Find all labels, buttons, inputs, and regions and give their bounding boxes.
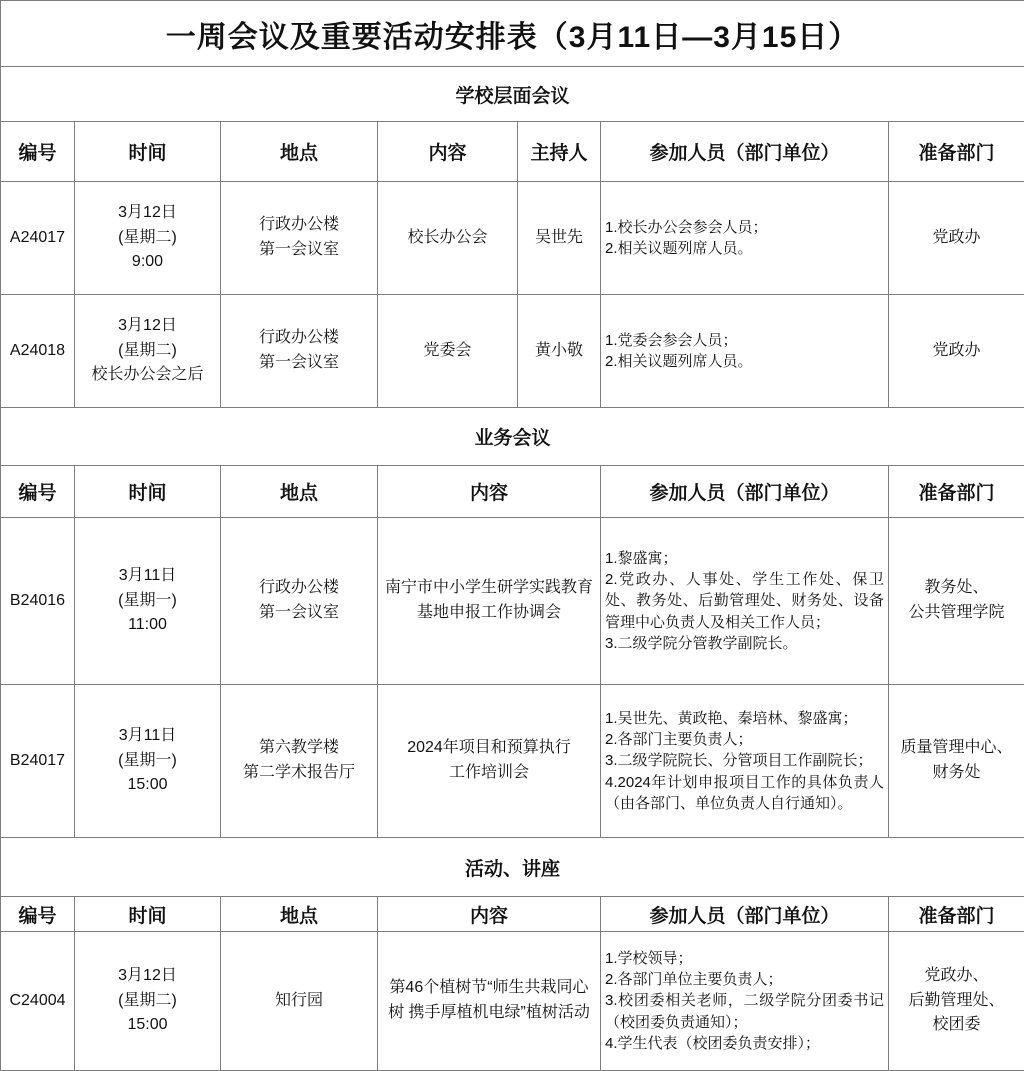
column-header-participants: 参加人员（部门单位） <box>601 897 889 932</box>
location-cell: 第六教学楼 第二学术报告厅 <box>221 685 378 838</box>
row-id-cell: B24017 <box>1 685 75 838</box>
column-header-prep-department: 准备部门 <box>889 466 1024 518</box>
time-cell: 3月11日 (星期一) 11:00 <box>75 518 221 685</box>
prep-department-cell: 质量管理中心、 财务处 <box>889 685 1024 838</box>
table-row: A24017 3月12日 (星期二) 9:00 行政办公楼 第一会议室 校长办公… <box>1 182 1024 295</box>
location-cell: 行政办公楼 第一会议室 <box>221 518 378 685</box>
section-header-business-meetings: 业务会议 <box>1 408 1024 466</box>
participants-cell: 1.校长办公会参会人员； 2.相关议题列席人员。 <box>601 182 889 295</box>
column-header-prep-department: 准备部门 <box>889 122 1024 182</box>
participants-cell: 1.学校领导； 2.各部门单位主要负责人； 3.校团委相关老师，二级学院分团委书… <box>601 932 889 1071</box>
table-row: B24016 3月11日 (星期一) 11:00 行政办公楼 第一会议室 南宁市… <box>1 518 1024 685</box>
participants-cell: 1.吴世先、黄政艳、秦培林、黎盛寓； 2.各部门主要负责人； 3.二级学院院长、… <box>601 685 889 838</box>
column-header-time: 时间 <box>75 897 221 932</box>
row-id-cell: B24016 <box>1 518 75 685</box>
content-cell: 第46个植树节“师生共栽同心 树 携手厚植机电绿”植树活动 <box>378 932 601 1071</box>
location-cell: 行政办公楼 第一会议室 <box>221 295 378 408</box>
time-cell: 3月12日 (星期二) 校长办公会之后 <box>75 295 221 408</box>
row-id-cell: A24018 <box>1 295 75 408</box>
prep-department-cell: 党政办 <box>889 182 1024 295</box>
prep-department-cell: 党政办 <box>889 295 1024 408</box>
content-cell: 校长办公会 <box>378 182 518 295</box>
time-cell: 3月12日 (星期二) 9:00 <box>75 182 221 295</box>
column-header-location: 地点 <box>221 897 378 932</box>
table-row: B24017 3月11日 (星期一) 15:00 第六教学楼 第二学术报告厅 2… <box>1 685 1024 838</box>
table-row: A24018 3月12日 (星期二) 校长办公会之后 行政办公楼 第一会议室 党… <box>1 295 1024 408</box>
column-header-content: 内容 <box>378 122 518 182</box>
table-row: C24004 3月12日 (星期二) 15:00 知行园 第46个植树节“师生共… <box>1 932 1024 1071</box>
prep-department-cell: 党政办、 后勤管理处、 校团委 <box>889 932 1024 1071</box>
page-title: 一周会议及重要活动安排表（3月11日—3月15日） <box>1 1 1024 67</box>
column-header-id: 编号 <box>1 897 75 932</box>
row-id-cell: C24004 <box>1 932 75 1071</box>
column-header-host: 主持人 <box>518 122 601 182</box>
location-cell: 知行园 <box>221 932 378 1071</box>
column-header-participants: 参加人员（部门单位） <box>601 122 889 182</box>
column-header-location: 地点 <box>221 466 378 518</box>
section-header-activities-lectures: 活动、讲座 <box>1 838 1024 897</box>
participants-cell: 1.黎盛寓； 2.党政办、人事处、学生工作处、保卫处、教务处、后勤管理处、财务处… <box>601 518 889 685</box>
column-header-row: 编号 时间 地点 内容 参加人员（部门单位） 准备部门 <box>1 897 1024 932</box>
column-header-time: 时间 <box>75 122 221 182</box>
schedule-table: 一周会议及重要活动安排表（3月11日—3月15日） 学校层面会议 编号 时间 地… <box>0 0 1024 1071</box>
column-header-content: 内容 <box>378 897 601 932</box>
column-header-id: 编号 <box>1 122 75 182</box>
column-header-participants: 参加人员（部门单位） <box>601 466 889 518</box>
column-header-id: 编号 <box>1 466 75 518</box>
content-cell: 南宁市中小学生研学实践教育 基地申报工作协调会 <box>378 518 601 685</box>
prep-department-cell: 教务处、 公共管理学院 <box>889 518 1024 685</box>
host-cell: 黄小敬 <box>518 295 601 408</box>
participants-cell: 1.党委会参会人员； 2.相关议题列席人员。 <box>601 295 889 408</box>
location-cell: 行政办公楼 第一会议室 <box>221 182 378 295</box>
column-header-row: 编号 时间 地点 内容 参加人员（部门单位） 准备部门 <box>1 466 1024 518</box>
weekly-schedule-document: 一周会议及重要活动安排表（3月11日—3月15日） 学校层面会议 编号 时间 地… <box>0 0 1024 1071</box>
content-cell: 2024年项目和预算执行 工作培训会 <box>378 685 601 838</box>
content-cell: 党委会 <box>378 295 518 408</box>
section-header-school-meetings: 学校层面会议 <box>1 67 1024 122</box>
column-header-content: 内容 <box>378 466 601 518</box>
column-header-location: 地点 <box>221 122 378 182</box>
row-id-cell: A24017 <box>1 182 75 295</box>
column-header-time: 时间 <box>75 466 221 518</box>
host-cell: 吴世先 <box>518 182 601 295</box>
time-cell: 3月12日 (星期二) 15:00 <box>75 932 221 1071</box>
time-cell: 3月11日 (星期一) 15:00 <box>75 685 221 838</box>
column-header-prep-department: 准备部门 <box>889 897 1024 932</box>
column-header-row: 编号 时间 地点 内容 主持人 参加人员（部门单位） 准备部门 <box>1 122 1024 182</box>
